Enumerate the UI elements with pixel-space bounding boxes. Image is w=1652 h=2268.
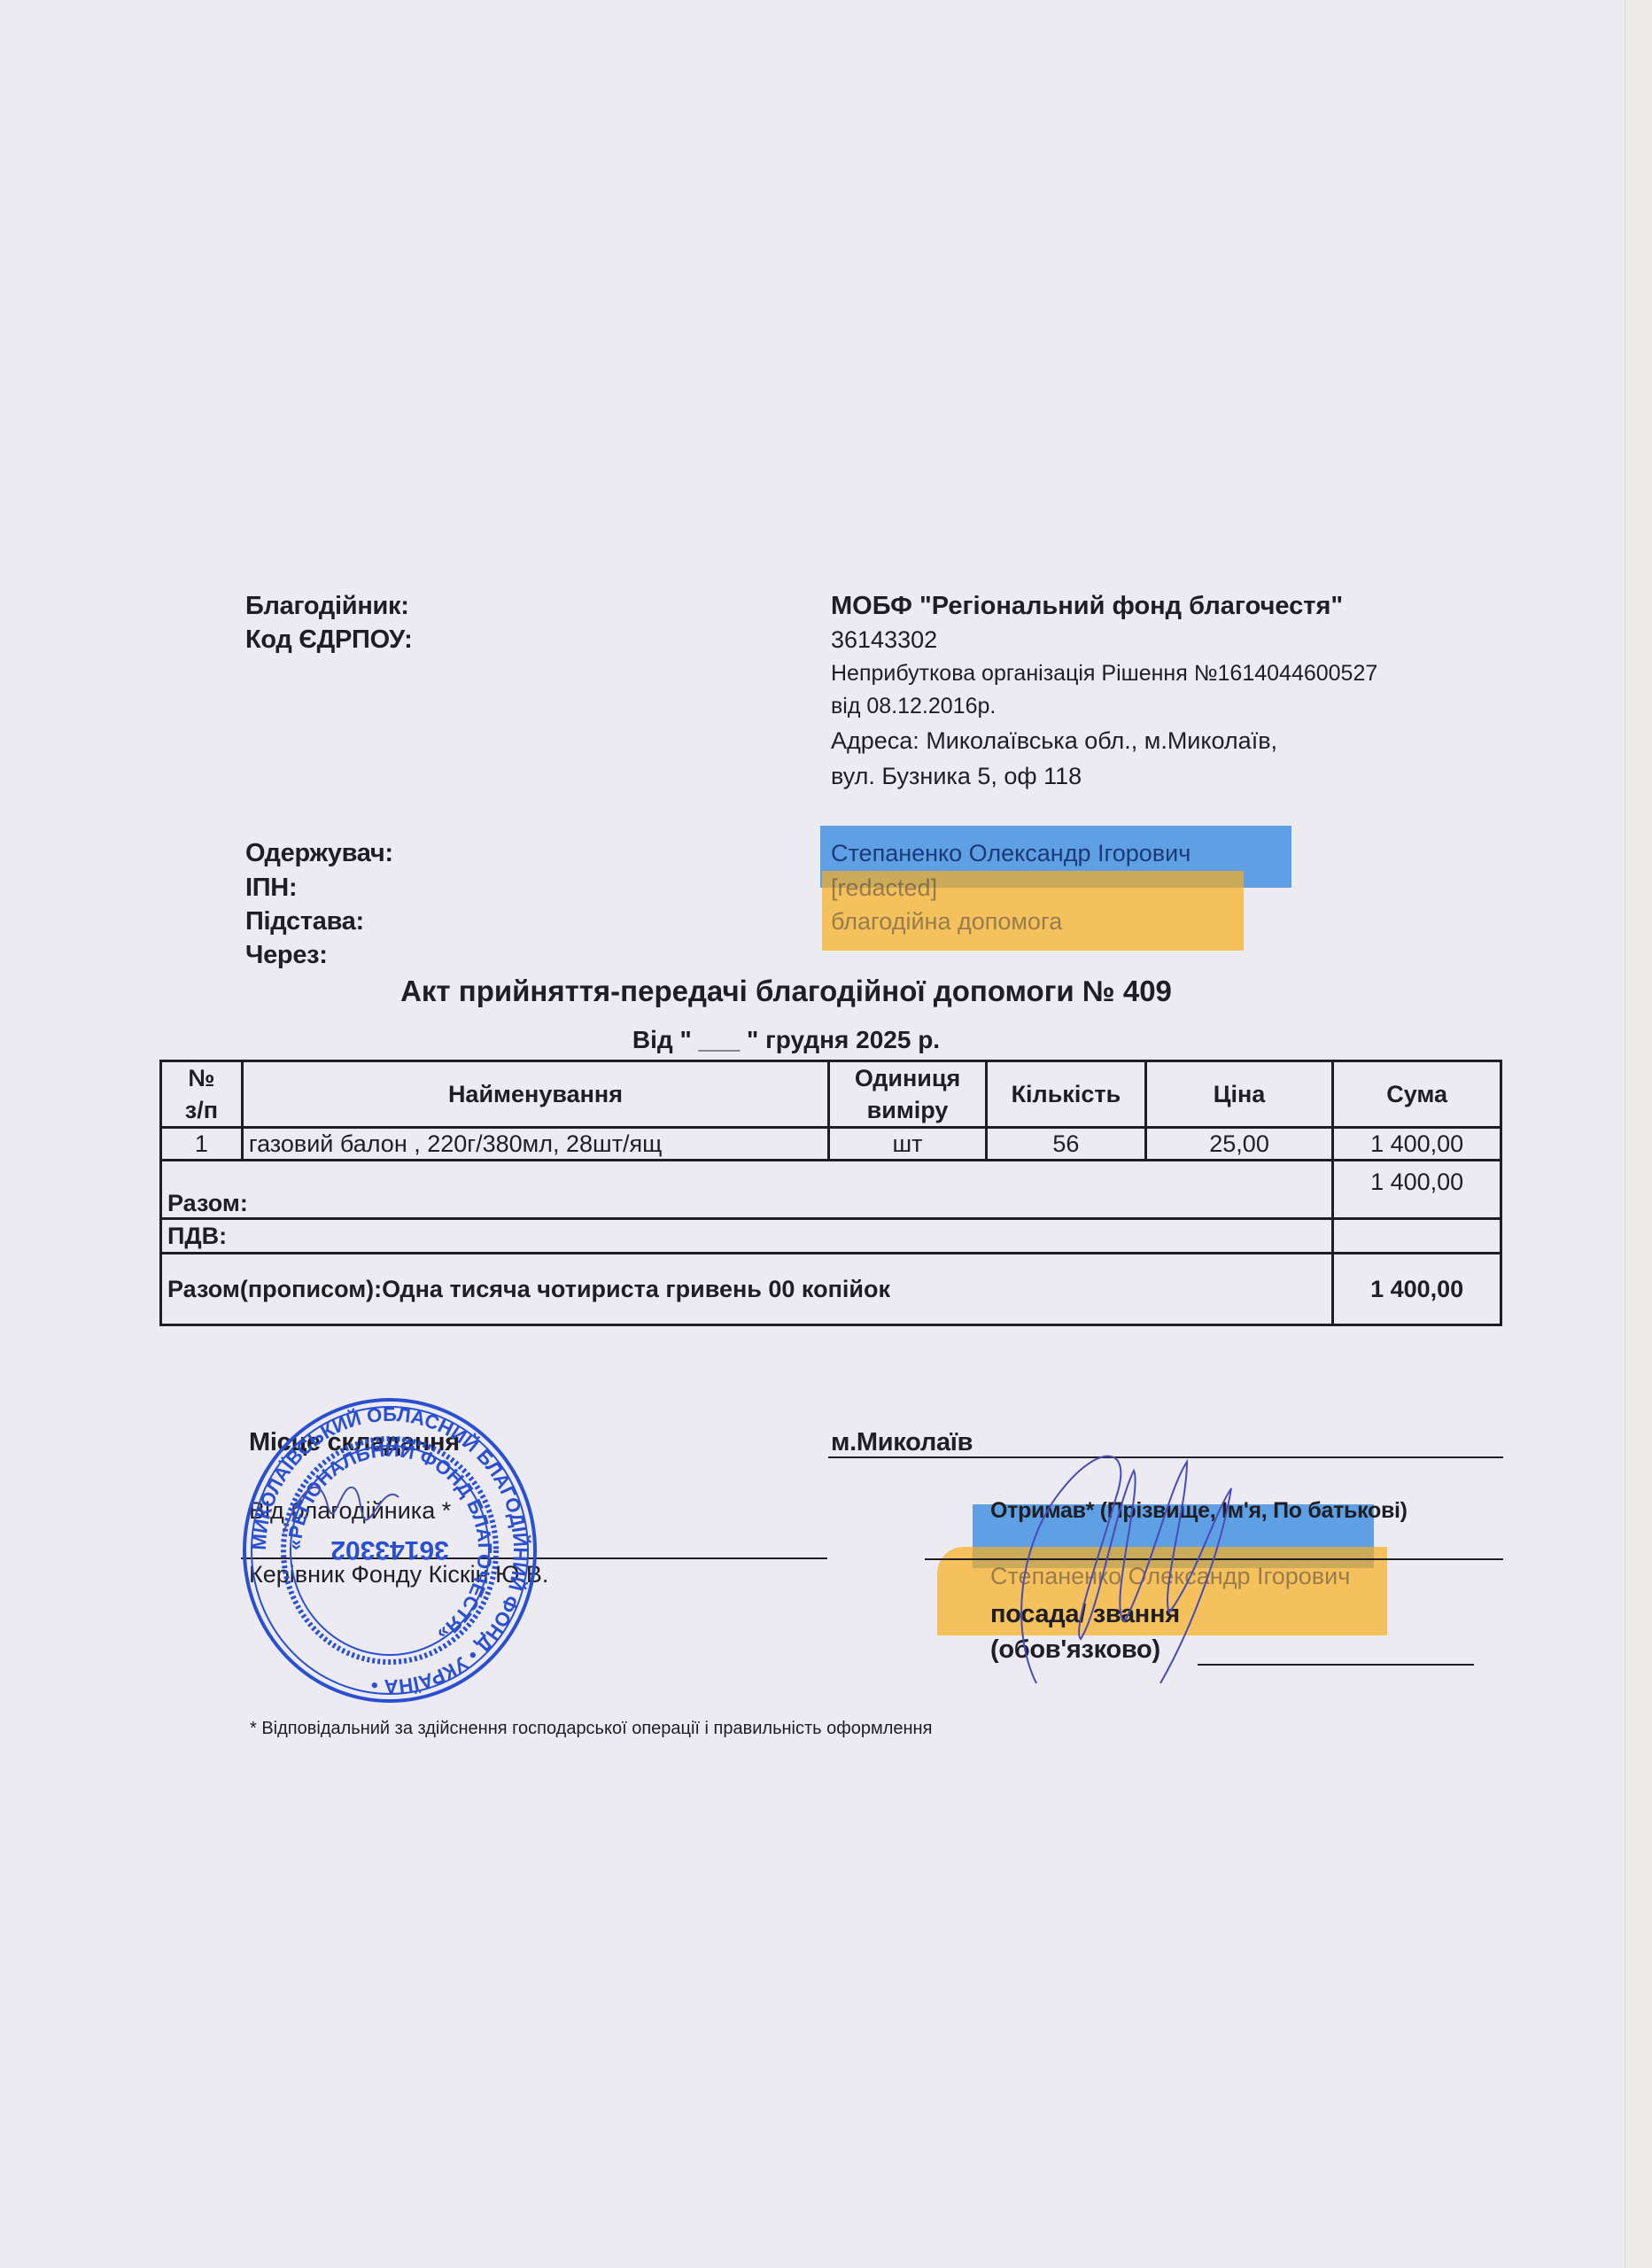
footnote: * Відповідальний за здійснення господарс… xyxy=(250,1719,932,1739)
recipient-ipn: [redacted] xyxy=(831,874,937,902)
cell-unit: шт xyxy=(829,1128,987,1161)
donor-label: Благодійник: xyxy=(245,592,409,621)
total-value: 1 400,00 xyxy=(1333,1161,1501,1219)
cell-sum: 1 400,00 xyxy=(1333,1128,1501,1161)
header-name: Найменування xyxy=(242,1061,828,1128)
recipient-basis: благодійна допомога xyxy=(831,908,1062,936)
total-in-words-value: 1 400,00 xyxy=(1333,1254,1501,1325)
header-quantity: Кількість xyxy=(986,1061,1145,1128)
total-in-words-row: Разом(прописом):Одна тисяча чотириста гр… xyxy=(161,1254,1501,1325)
items-table: № з/п Найменування Одиниця виміру Кількі… xyxy=(159,1060,1502,1326)
header-sum: Сума xyxy=(1333,1061,1501,1128)
header-number: № з/п xyxy=(161,1061,243,1128)
recipient-label: Одержувач: xyxy=(245,839,393,868)
cell-quantity: 56 xyxy=(986,1128,1145,1161)
recipient-signature-icon xyxy=(983,1435,1276,1701)
place-value: м.Миколаїв xyxy=(831,1428,973,1457)
total-row: Разом: 1 400,00 xyxy=(161,1161,1501,1219)
vat-value xyxy=(1333,1219,1501,1254)
cell-name: газовий балон , 220г/380мл, 28шт/ящ xyxy=(242,1128,828,1161)
act-title: Акт прийняття-передачі благодійної допом… xyxy=(0,975,1572,1008)
act-date: Від " ___ " грудня 2025 р. xyxy=(0,1026,1572,1054)
table-row: 1 газовий балон , 220г/380мл, 28шт/ящ шт… xyxy=(161,1128,1501,1161)
basis-label: Підстава: xyxy=(245,907,364,936)
donor-signature-icon xyxy=(266,1453,407,1568)
donor-nonprofit-line1: Неприбуткова організація Рішення №161404… xyxy=(831,661,1377,687)
vat-row: ПДВ: xyxy=(161,1219,1501,1254)
header-price: Ціна xyxy=(1145,1061,1333,1128)
ipn-label: ІПН: xyxy=(245,874,297,903)
total-label: Разом: xyxy=(161,1161,1333,1219)
donor-address-line1: Адреса: Миколаївська обл., м.Миколаїв, xyxy=(831,727,1277,755)
donor-nonprofit-line2: від 08.12.2016р. xyxy=(831,694,996,719)
header-unit: Одиниця виміру xyxy=(829,1061,987,1128)
cell-price: 25,00 xyxy=(1145,1128,1333,1161)
total-in-words-label: Разом(прописом):Одна тисяча чотириста гр… xyxy=(161,1254,1333,1325)
table-header-row: № з/п Найменування Одиниця виміру Кількі… xyxy=(161,1061,1501,1128)
recipient-name: Степаненко Олександр Ігорович xyxy=(831,840,1191,867)
donor-name: МОБФ "Регіональний фонд благочестя" xyxy=(831,592,1343,621)
edrpou-label: Код ЄДРПОУ: xyxy=(245,625,413,655)
via-label: Через: xyxy=(245,941,328,970)
donor-address-line2: вул. Бузника 5, оф 118 xyxy=(831,763,1082,790)
vat-label: ПДВ: xyxy=(161,1219,1333,1254)
donor-edrpou: 36143302 xyxy=(831,626,937,654)
cell-number: 1 xyxy=(161,1128,243,1161)
